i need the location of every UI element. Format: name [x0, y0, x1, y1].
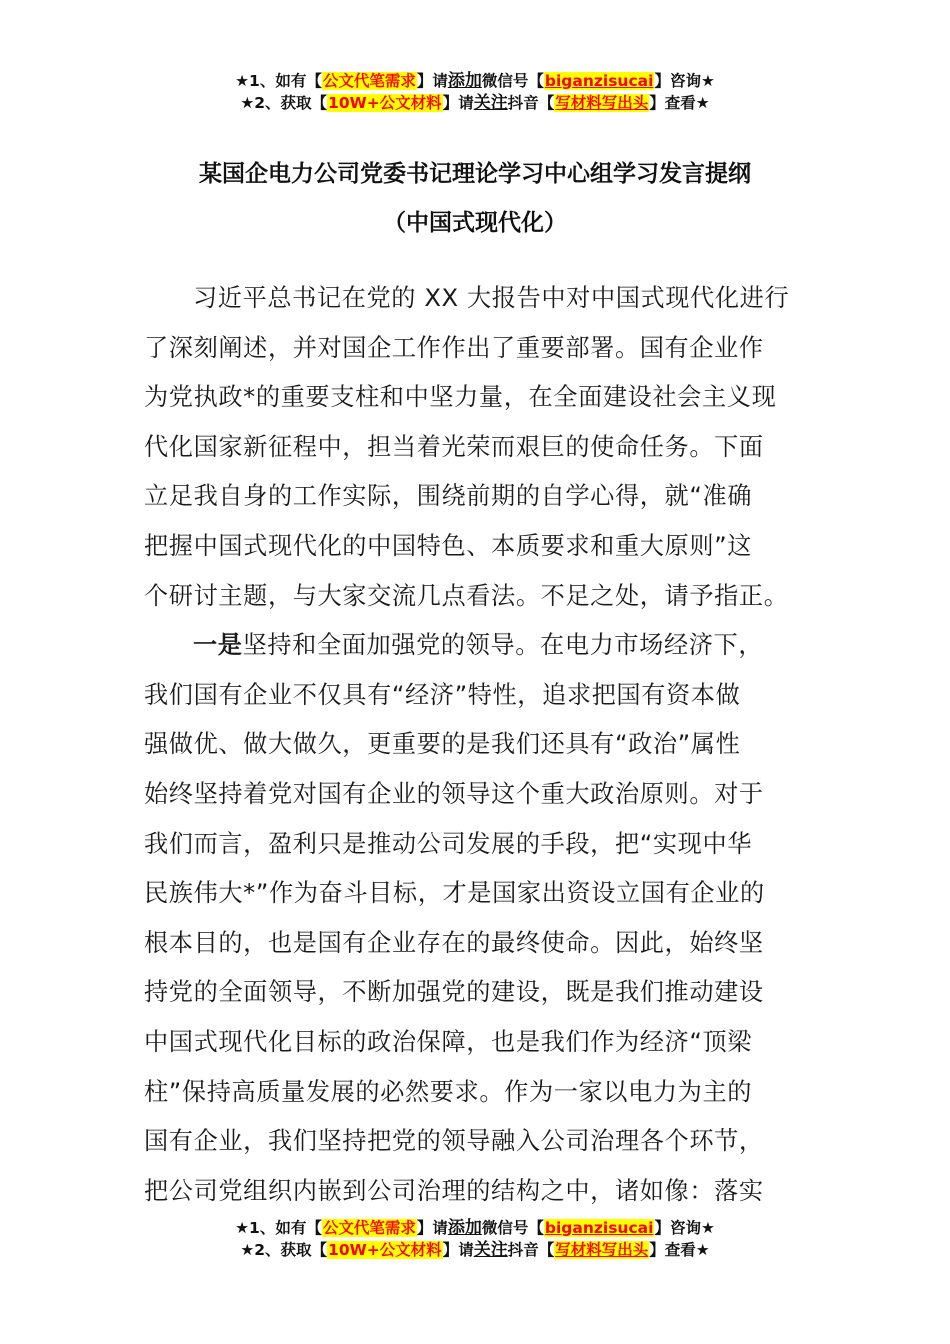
promo-text: ★1、如有【: [235, 72, 322, 90]
highlight-materials: 10W+公文材料: [327, 94, 443, 112]
header-promo-banner: ★1、如有【公文代笔需求】请添加微信号【biganzisucai】咨询★ ★2、…: [0, 70, 950, 114]
paragraph-line: 国有企业，我们坚持把党的领导融入公司治理各个环节，: [144, 1117, 810, 1167]
paragraph-line: 习近平总书记在党的 XX 大报告中对中国式现代化进行: [144, 274, 810, 324]
promo-line-1: ★1、如有【公文代笔需求】请添加微信号【biganzisucai】咨询★: [0, 70, 950, 92]
promo-text: 】请: [417, 72, 448, 90]
promo-text: 】请: [443, 94, 474, 112]
promo-text: 微信号【: [482, 1219, 544, 1237]
promo-line-2: ★2、获取【10W+公文材料】请关注抖音【写材料写出头】查看★: [0, 1239, 950, 1261]
paragraph-line: 把公司党组织内嵌到公司治理的结构之中，诸如像：落实: [144, 1167, 810, 1217]
promo-text: 】咨询★: [654, 72, 714, 90]
document-body: 习近平总书记在党的 XX 大报告中对中国式现代化进行 了深刻阐述，并对国企工作作…: [144, 274, 810, 1216]
promo-text: 抖音【: [508, 94, 555, 112]
promo-text: 】咨询★: [654, 1219, 714, 1237]
highlight-douyin-account[interactable]: 写材料写出头: [554, 1241, 649, 1259]
promo-text: 】查看★: [649, 1241, 709, 1259]
section-one-first-line: 一是坚持和全面加强党的领导。在电力市场经济下，: [144, 621, 810, 671]
highlight-wechat-id[interactable]: biganzisucai: [544, 72, 655, 90]
paragraph-line: 柱”保持高质量发展的必然要求。作为一家以电力为主的: [144, 1068, 810, 1118]
underlined-follow: 关注: [474, 93, 508, 113]
paragraph-line: 立足我自身的工作实际，围绕前期的自学心得，就“准确: [144, 472, 810, 522]
paragraph-line: 持党的全面领导，不断加强党的建设，既是我们推动建设: [144, 968, 810, 1018]
highlight-ghostwriting: 公文代笔需求: [322, 1219, 417, 1237]
paragraph-line: 强做优、做大做久，更重要的是我们还具有“政治”属性: [144, 720, 810, 770]
paragraph-line: 代化国家新征程中，担当着光荣而艰巨的使命任务。下面: [144, 423, 810, 473]
promo-text: ★1、如有【: [235, 1219, 322, 1237]
document-subtitle: （中国式现代化）: [0, 204, 950, 237]
highlight-wechat-id[interactable]: biganzisucai: [544, 1219, 655, 1237]
paragraph-line: 根本目的，也是国有企业存在的最终使命。因此，始终坚: [144, 919, 810, 969]
promo-line-2: ★2、获取【10W+公文材料】请关注抖音【写材料写出头】查看★: [0, 92, 950, 114]
promo-text: ★2、获取【: [240, 1241, 327, 1259]
promo-line-1: ★1、如有【公文代笔需求】请添加微信号【biganzisucai】咨询★: [0, 1217, 950, 1239]
paragraph-line: 始终坚持着党对国有企业的领导这个重大政治原则。对于: [144, 770, 810, 820]
promo-text: ★2、获取【: [240, 94, 327, 112]
paragraph-line: 我们国有企业不仅具有“经济”特性，追求把国有资本做: [144, 671, 810, 721]
paragraph-line: 中国式现代化目标的政治保障，也是我们作为经济“顶梁: [144, 1018, 810, 1068]
promo-text: 微信号【: [482, 72, 544, 90]
promo-text: 】查看★: [649, 94, 709, 112]
section-one-lead: 一是: [193, 631, 243, 659]
underlined-add: 添加: [448, 1218, 482, 1238]
paragraph-line: 民族伟大*”作为奋斗目标，才是国家出资设立国有企业的: [144, 869, 810, 919]
promo-text: 】请: [443, 1241, 474, 1259]
promo-text: 抖音【: [508, 1241, 555, 1259]
footer-promo-banner: ★1、如有【公文代笔需求】请添加微信号【biganzisucai】咨询★ ★2、…: [0, 1217, 950, 1261]
underlined-add: 添加: [448, 71, 482, 91]
paragraph-line: 为党执政*的重要支柱和中坚力量，在全面建设社会主义现: [144, 373, 810, 423]
highlight-ghostwriting: 公文代笔需求: [322, 72, 417, 90]
promo-text: 】请: [417, 1219, 448, 1237]
section-one-text: 坚持和全面加强党的领导。在电力市场经济下，: [243, 631, 764, 659]
document-title: 某国企电力公司党委书记理论学习中心组学习发言提纲: [0, 155, 950, 188]
paragraph-line: 把握中国式现代化的中国特色、本质要求和重大原则”这: [144, 522, 810, 572]
paragraph-line: 个研讨主题，与大家交流几点看法。不足之处，请予指正。: [144, 572, 810, 622]
highlight-materials: 10W+公文材料: [327, 1241, 443, 1259]
paragraph-line: 了深刻阐述，并对国企工作作出了重要部署。国有企业作: [144, 324, 810, 374]
paragraph-line: 我们而言，盈利只是推动公司发展的手段，把“实现中华: [144, 820, 810, 870]
underlined-follow: 关注: [474, 1240, 508, 1260]
highlight-douyin-account[interactable]: 写材料写出头: [554, 94, 649, 112]
